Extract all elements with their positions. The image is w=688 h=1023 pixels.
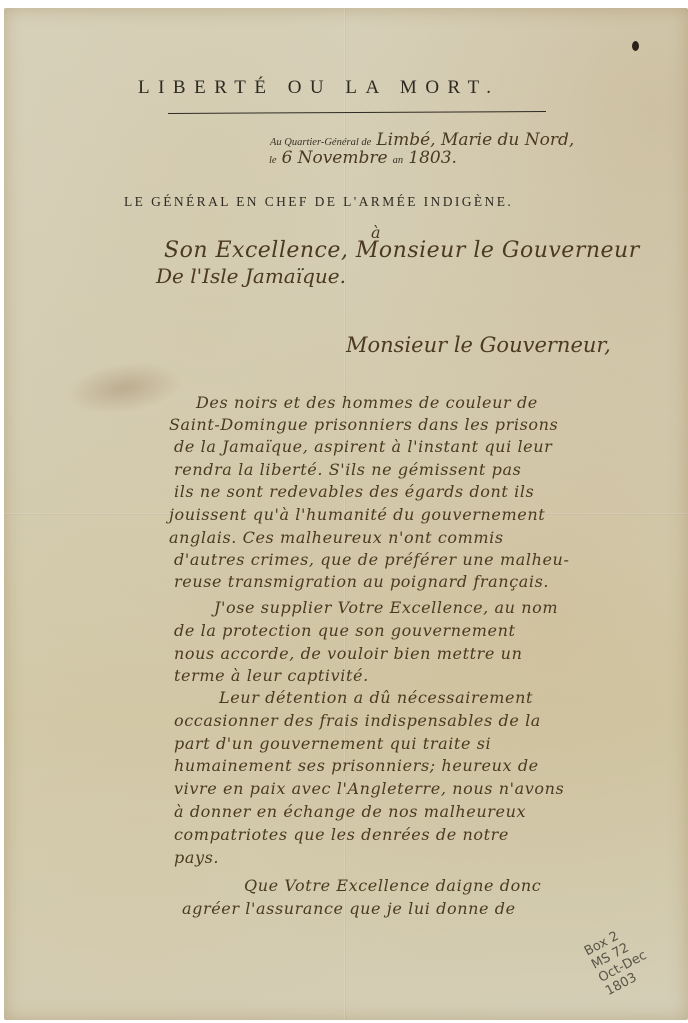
handwritten-day: 6 xyxy=(282,148,293,168)
handwritten-month: Novembre xyxy=(298,148,388,168)
header-location-line: Au Quartier-Général de Limbé, Marie du N… xyxy=(270,130,574,150)
body-line: ils ne sont redevables des égards dont i… xyxy=(174,482,534,501)
addressee-line-1: Son Excellence, Monsieur le Gouverneur xyxy=(164,238,640,263)
body-line: Des noirs et des hommes de couleur de xyxy=(196,393,538,412)
ink-blot xyxy=(632,41,639,51)
body-line: Saint-Domingue prisonniers dans les pris… xyxy=(169,415,558,434)
body-line: occasionner des frais indispensables de … xyxy=(174,711,541,730)
header-rule xyxy=(168,111,546,114)
salutation: Monsieur le Gouverneur, xyxy=(346,333,611,357)
body-line: de la Jamaïque, aspirent à l'instant qui… xyxy=(174,437,552,456)
body-line: nous accorde, de vouloir bien mettre un xyxy=(174,644,522,663)
printed-motto: LIBERTÉ OU LA MORT. xyxy=(138,77,500,99)
body-line: vivre en paix avec l'Angleterre, nous n'… xyxy=(174,779,564,798)
body-line: à donner en échange de nos malheureux xyxy=(174,802,526,821)
printed-an: an xyxy=(393,155,404,166)
body-line: agréer l'assurance que je lui donne de xyxy=(182,899,516,918)
ink-stain xyxy=(61,355,187,421)
handwritten-year: 1803. xyxy=(408,148,457,168)
printed-quartier-general: Au Quartier-Général de xyxy=(270,137,371,148)
issuer-title: LE GÉNÉRAL EN CHEF DE L'ARMÉE INDIGÈNE. xyxy=(124,194,513,210)
body-line: pays. xyxy=(174,848,219,867)
archive-pencil-annotation: Box 2 MS 72 Oct-Dec 1803 xyxy=(582,899,688,999)
body-line: d'autres crimes, que de préférer une mal… xyxy=(174,550,569,569)
body-line: anglais. Ces malheureux n'ont commis xyxy=(169,528,504,547)
letter-sheet: LIBERTÉ OU LA MORT. Au Quartier-Général … xyxy=(4,8,688,1020)
body-line: terme à leur captivité. xyxy=(174,666,369,685)
body-line: J'ose supplier Votre Excellence, au nom xyxy=(214,598,558,617)
printed-le: le xyxy=(269,155,277,166)
body-line: de la protection que son gouvernement xyxy=(174,621,516,640)
handwritten-place: Limbé, Marie du Nord, xyxy=(376,130,574,150)
body-line: Que Votre Excellence daigne donc xyxy=(244,876,541,895)
body-line: part d'un gouvernement qui traite si xyxy=(174,734,491,753)
body-line: jouissent qu'à l'humanité du gouvernemen… xyxy=(169,505,545,524)
body-line: compatriotes que les denrées de notre xyxy=(174,825,509,844)
body-line: humainement ses prisonniers; heureux de xyxy=(174,756,539,775)
addressee-line-2: De l'Isle Jamaïque. xyxy=(156,264,346,288)
body-line: rendra la liberté. S'ils ne gémissent pa… xyxy=(174,460,521,479)
body-line: reuse transmigration au poignard françai… xyxy=(174,572,549,591)
header-date-line: le 6 Novembre an 1803. xyxy=(269,148,457,168)
body-line: Leur détention a dû nécessairement xyxy=(219,688,533,707)
